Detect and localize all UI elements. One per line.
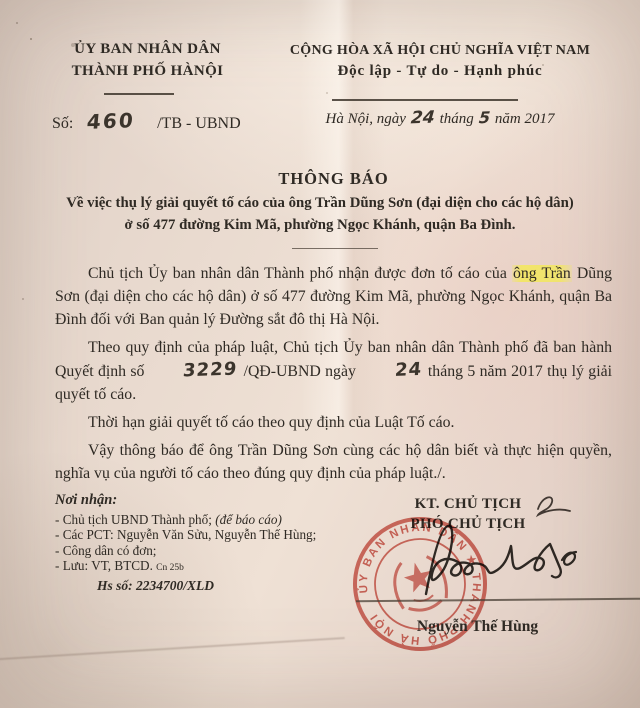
dateline-year: năm 2017 — [495, 111, 555, 127]
dateline-place: Hà Nội, ngày — [326, 111, 406, 127]
paper-crease-diagonal — [0, 637, 345, 660]
paper-speckles — [30, 38, 32, 40]
subject-underline — [292, 248, 378, 249]
issuer-block: ỦY BAN NHÂN DÂN THÀNH PHỐ HÀNỘI — [40, 38, 255, 82]
document-title: THÔNG BÁO — [55, 169, 612, 189]
recipient-small-note: Cn 25b — [156, 563, 184, 573]
doc-number-line: Số:460/TB - UBND — [52, 109, 241, 133]
handwritten-decision-day: 24 — [361, 358, 423, 383]
scanned-document: ỦY BAN NHÂN DÂN THÀNH PHỐ HÀNỘI Số:460/T… — [0, 0, 640, 708]
handwritten-decision-number: 3229 — [149, 357, 238, 383]
recipient-item: - Lưu: VT, BTCD. Cn 25b — [55, 558, 355, 577]
recipient-note: (để báo cáo) — [215, 512, 282, 527]
doc-number-suffix: /TB - UBND — [157, 115, 241, 132]
national-motto-block: CỘNG HÒA XÃ HỘI CHỦ NGHĨA VIỆT NAM Độc l… — [268, 40, 612, 82]
handwritten-signature — [412, 514, 602, 609]
document-subject: Về việc thụ lý giải quyết tố cáo của ông… — [62, 192, 578, 236]
body-paragraph-4: Vậy thông báo để ông Trần Dũng Sơn cùng … — [55, 439, 612, 485]
national-line2: Độc lập - Tự do - Hạnh phúc — [268, 61, 612, 82]
dateline: Hà Nội, ngày24tháng5năm 2017 — [290, 108, 590, 128]
body-paragraph-2: Theo quy định của pháp luật, Chủ tịch Ủy… — [55, 336, 612, 406]
highlighted-text: ông Trần — [512, 265, 572, 282]
recipients-block: Nơi nhận: - Chủ tịch UBND Thành phố; (để… — [55, 493, 355, 593]
issuer-line1: ỦY BAN NHÂN DÂN — [40, 38, 255, 60]
recipient-item: - Các PCT: Nguyễn Văn Sửu, Nguyễn Thế Hù… — [55, 527, 355, 543]
issuer-underline — [104, 93, 174, 95]
handwritten-month: 5 — [478, 108, 491, 127]
recipients-label: Nơi nhận: — [55, 493, 355, 509]
national-line1: CỘNG HÒA XÃ HỘI CHỦ NGHĨA VIỆT NAM — [268, 40, 612, 61]
dateline-month-label: tháng — [440, 111, 474, 127]
signer-name: Nguyễn Thế Hùng — [385, 618, 570, 636]
motto-underline — [332, 99, 518, 101]
p2-text-2: /QĐ-UBND ngày — [244, 363, 356, 380]
p1-text-before: Chủ tịch Ủy ban nhân dân Thành phố nhận … — [88, 265, 512, 282]
body-paragraph-3: Thời hạn giải quyết tố cáo theo quy định… — [55, 411, 612, 434]
handwritten-doc-number: 460 — [86, 108, 136, 134]
file-reference: Hs số: 2234700/XLD — [97, 578, 355, 594]
recipient-item: - Chủ tịch UBND Thành phố; (để báo cáo) — [55, 512, 355, 528]
body-paragraph-1: Chủ tịch Ủy ban nhân dân Thành phố nhận … — [55, 262, 612, 331]
recipient-item: - Công dân có đơn; — [55, 543, 355, 559]
document-body: Chủ tịch Ủy ban nhân dân Thành phố nhận … — [55, 262, 612, 490]
doc-number-label: Số: — [52, 115, 73, 132]
handwritten-day: 24 — [410, 108, 436, 129]
issuer-line2: THÀNH PHỐ HÀNỘI — [40, 60, 255, 82]
